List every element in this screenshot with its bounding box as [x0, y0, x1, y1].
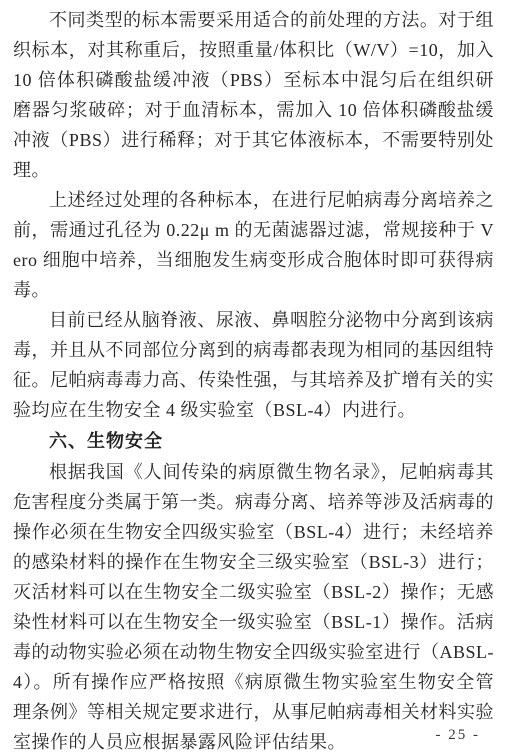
- document-page: 不同类型的标本需要采用适合的前处理的方法。对于组织标本，对其称重后，按照重量/体…: [0, 0, 507, 754]
- section-heading-biosafety: 六、生物安全: [13, 426, 494, 456]
- paragraph-virus-sources-bsl4: 目前已经从脑脊液、尿液、鼻咽腔分泌物中分离到该病毒，并且从不同部位分离到的病毒都…: [13, 305, 494, 425]
- paragraph-biosafety-level-requirements: 根据我国《人间传染的病原微生物名录》，尼帕病毒其危害程度分类属于第一类。病毒分离…: [13, 457, 494, 754]
- page-number: - 25 -: [436, 727, 481, 744]
- paragraph-specimen-pretreatment: 不同类型的标本需要采用适合的前处理的方法。对于组织标本，对其称重后，按照重量/体…: [13, 5, 494, 185]
- paragraph-virus-isolation-culture: 上述经过处理的各种标本，在进行尼帕病毒分离培养之前，需通过孔径为 0.22μ m…: [13, 185, 494, 305]
